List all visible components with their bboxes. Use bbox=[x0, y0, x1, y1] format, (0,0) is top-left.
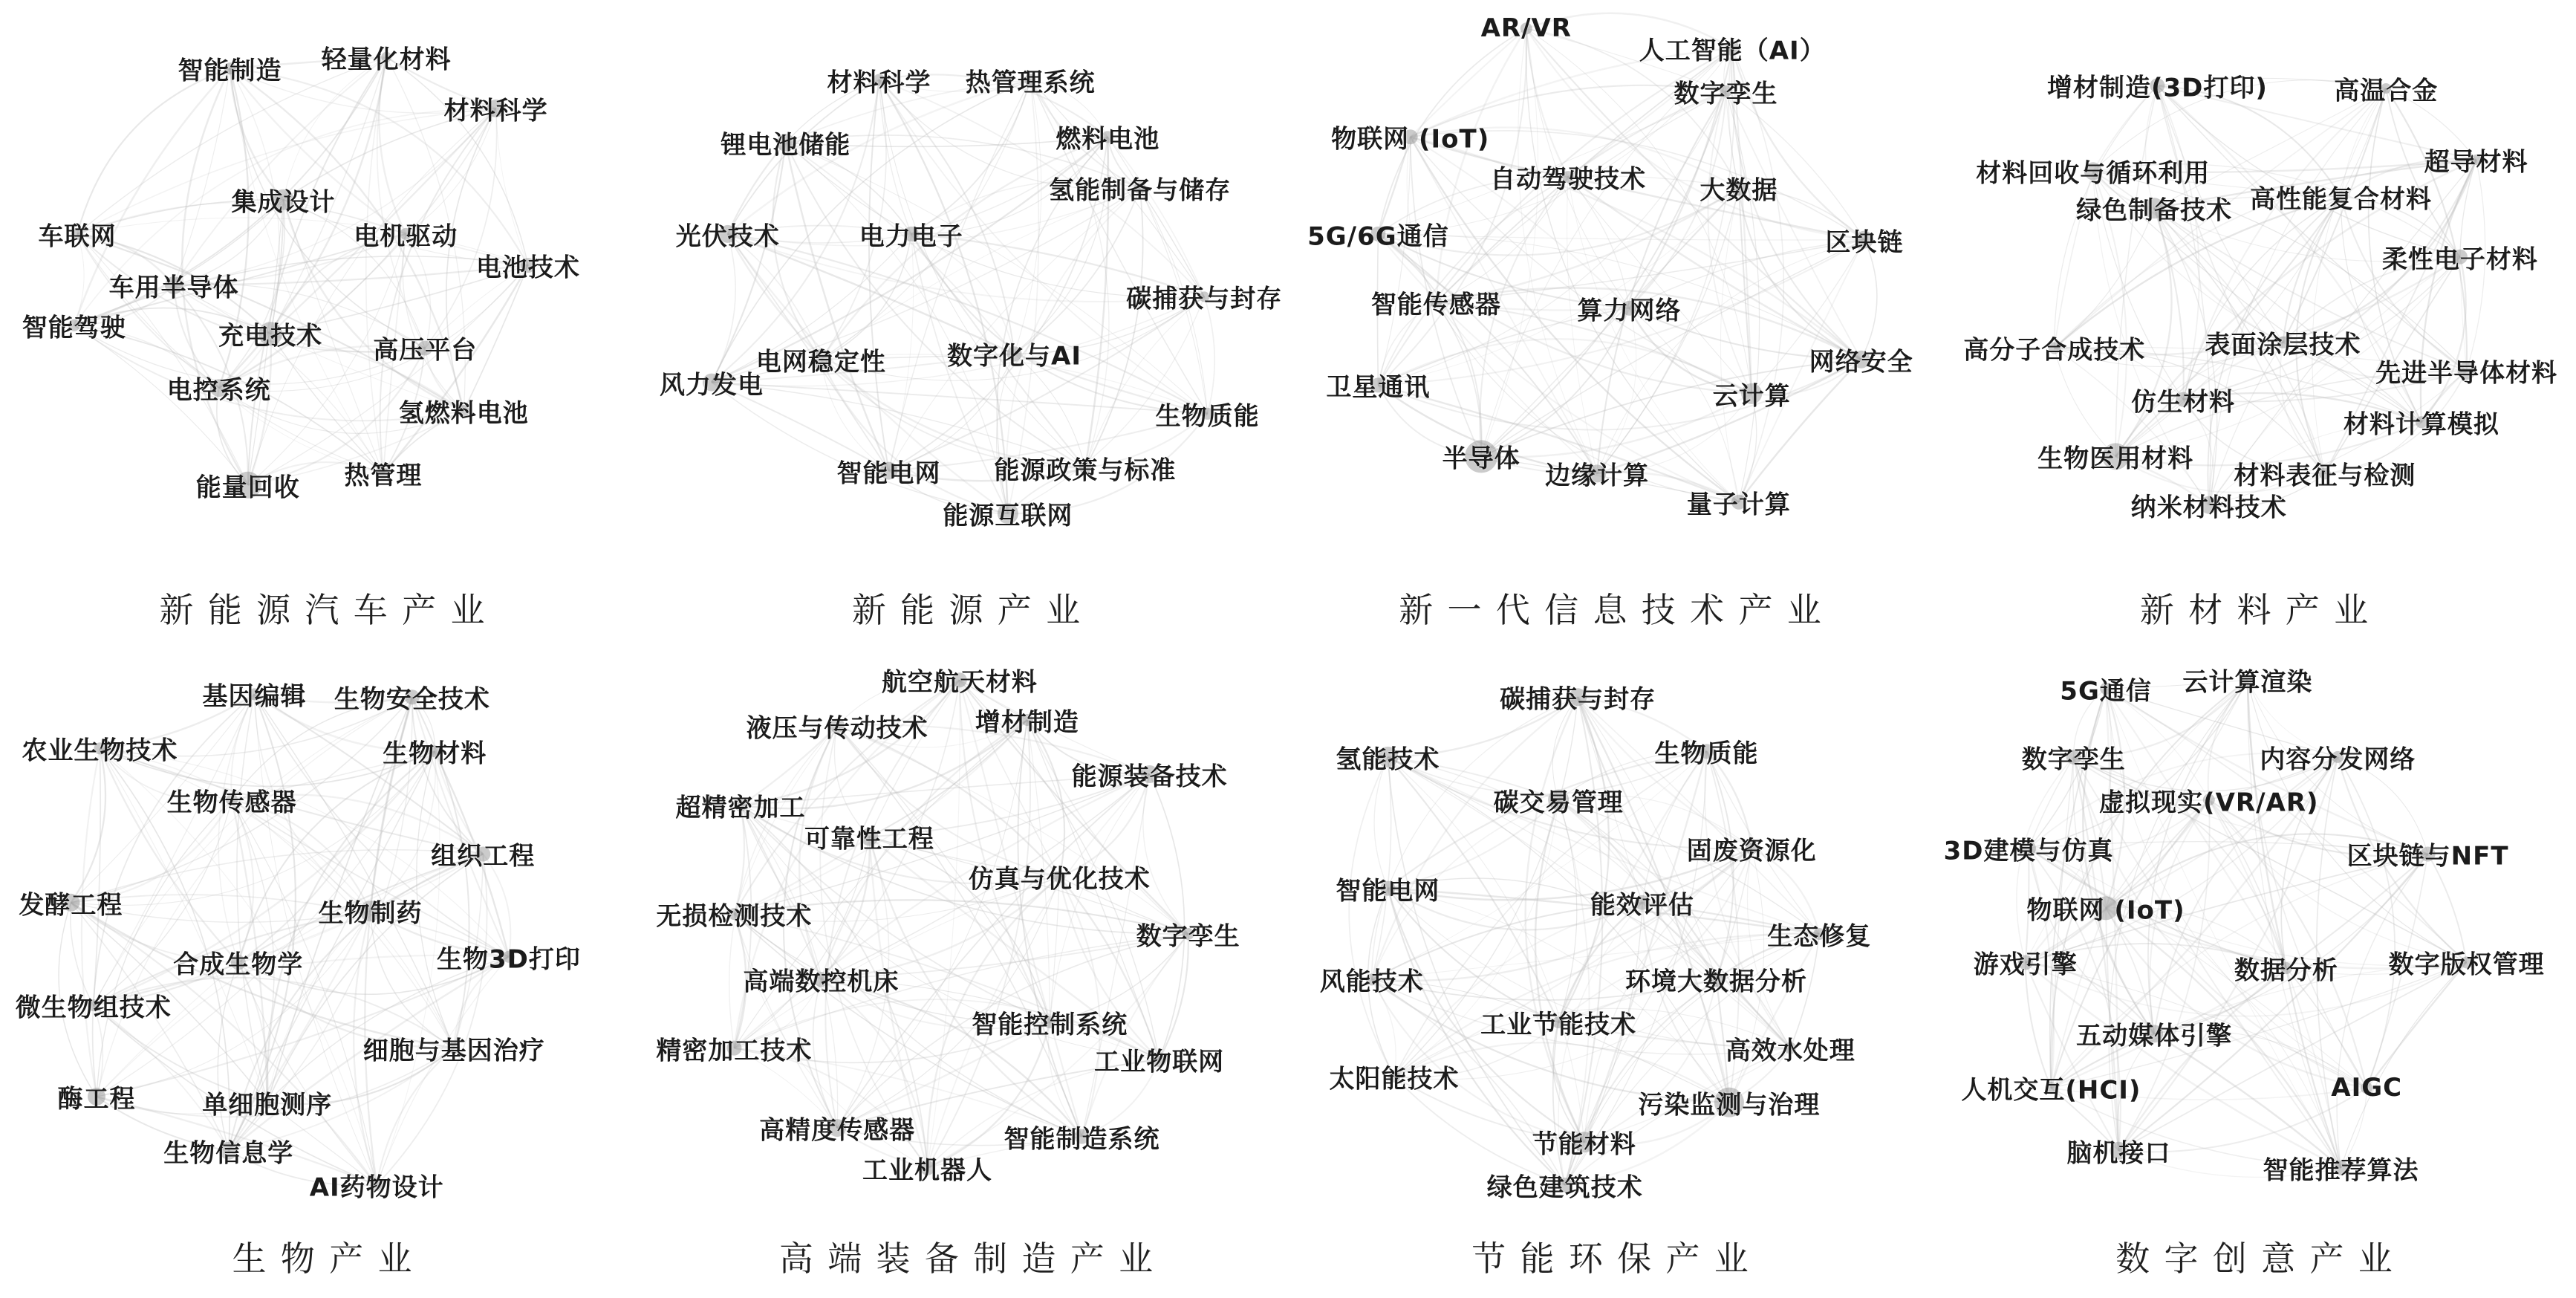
graph-node-label: 生物材料 bbox=[383, 733, 487, 770]
graph-node-label: 智能制造 bbox=[178, 51, 282, 87]
graph-node-label: 航空航天材料 bbox=[882, 662, 1038, 698]
graph-node-label: 仿生材料 bbox=[2131, 381, 2235, 418]
network-edge bbox=[2248, 680, 2467, 962]
graph-node-label: 数字孪生 bbox=[1674, 73, 1778, 109]
graph-node-label: 智能电网 bbox=[836, 452, 940, 489]
graph-node-label: 材料科学 bbox=[827, 62, 931, 98]
network-graph-high-end-equipment: 航空航天材料液压与传动技术增材制造能源装备技术超精密加工可靠性工程仿真与优化技术… bbox=[644, 649, 1288, 1219]
network-edge bbox=[1726, 91, 1864, 240]
graph-node-label: 智能制造系统 bbox=[1004, 1118, 1160, 1155]
graph-node-label: 边缘计算 bbox=[1545, 455, 1649, 492]
graph-node-label: 算力网络 bbox=[1578, 290, 1682, 326]
graph-node-label: 智能推荐算法 bbox=[2263, 1149, 2419, 1186]
graph-node-label: 超精密加工 bbox=[676, 788, 806, 824]
graph-node-label: 能源互联网 bbox=[943, 496, 1073, 532]
graph-node-label: 生态修复 bbox=[1767, 916, 1871, 953]
panel-title: 数字创意产业 bbox=[1932, 1219, 2576, 1294]
panel-title: 新一代信息技术产业 bbox=[1288, 571, 1932, 645]
graph-node-label: 生物传感器 bbox=[167, 782, 297, 818]
network-graph-next-gen-it: AR/VR人工智能（AI）数字孪生物联网 (IoT)自动驾驶技术大数据5G/6G… bbox=[1288, 0, 1932, 571]
graph-node-label: 碳捕获与封存 bbox=[1500, 679, 1656, 715]
graph-node-label: 量子计算 bbox=[1687, 484, 1791, 520]
graph-node-label: 高性能复合材料 bbox=[2250, 178, 2432, 215]
graph-node-label: 物联网 (IoT) bbox=[1331, 119, 1489, 155]
graph-node-label: 数字孪生 bbox=[2022, 739, 2126, 775]
graph-node-label: 智能驾驶 bbox=[22, 307, 126, 343]
panel-title: 生物产业 bbox=[0, 1219, 644, 1294]
graph-node-label: 节能材料 bbox=[1532, 1124, 1636, 1161]
graph-node-label: 材料科学 bbox=[444, 90, 548, 126]
graph-node-label: 区块链 bbox=[1825, 221, 1903, 258]
graph-node-label: 车用半导体 bbox=[109, 267, 239, 304]
panel-title: 新材料产业 bbox=[1932, 571, 2576, 645]
graph-node-label: 污染监测与治理 bbox=[1638, 1084, 1820, 1120]
graph-node-label: 热管理系统 bbox=[966, 62, 1096, 98]
graph-node-label: 组织工程 bbox=[431, 836, 535, 872]
graph-node-label: 风力发电 bbox=[660, 364, 764, 400]
graph-node-label: 电控系统 bbox=[167, 370, 271, 406]
industry-panel-digital-creative: 5G通信云计算渲染数字孪生内容分发网络虚拟现实(VR/AR)3D建模与仿真区块链… bbox=[1932, 649, 2576, 1297]
network-edge bbox=[1378, 177, 1568, 385]
graph-node-label: 高分子合成技术 bbox=[1963, 330, 2145, 366]
panel-title: 新能源汽车产业 bbox=[0, 571, 644, 645]
graph-node-label: 能效评估 bbox=[1590, 884, 1694, 921]
graph-node-label: AIGC bbox=[2331, 1073, 2402, 1103]
industry-panel-next-gen-it: AR/VR人工智能（AI）数字孪生物联网 (IoT)自动驾驶技术大数据5G/6G… bbox=[1288, 0, 1932, 649]
industry-panel-energy-saving: 碳捕获与封存氢能技术生物质能碳交易管理固废资源化智能电网能效评估生态修复风能技术… bbox=[1288, 649, 1932, 1297]
graph-node-label: 发酵工程 bbox=[19, 884, 123, 921]
industry-panel-bio: 基因编辑生物安全技术农业生物技术生物材料生物传感器组织工程发酵工程生物制药合成生… bbox=[0, 649, 644, 1297]
graph-node-label: 卫星通讯 bbox=[1326, 367, 1430, 403]
graph-node-label: 生物信息学 bbox=[163, 1132, 293, 1169]
network-edge bbox=[1526, 697, 1584, 1142]
graph-node-label: 仿真与优化技术 bbox=[969, 859, 1151, 895]
network-graph-nev: 智能制造轻量化材料材料科学集成设计车联网电机驱动电池技术车用半导体智能驾驶充电技… bbox=[0, 0, 644, 571]
graph-node-label: 精密加工技术 bbox=[656, 1030, 812, 1066]
network-edge bbox=[1027, 720, 1188, 934]
network-edge bbox=[270, 334, 383, 473]
graph-node-label: 生物质能 bbox=[1156, 395, 1260, 432]
graph-node-label: 物联网 (IoT) bbox=[2027, 890, 2185, 927]
graph-node-label: 生物安全技术 bbox=[334, 679, 490, 715]
graph-node-label: 集成设计 bbox=[231, 181, 335, 218]
graph-node-label: 五动媒体引擎 bbox=[2076, 1016, 2232, 1052]
network-edge bbox=[2421, 257, 2466, 423]
network-edge bbox=[1526, 28, 1568, 177]
graph-node-label: 电力电子 bbox=[859, 215, 963, 252]
graph-node-label: 大数据 bbox=[1700, 170, 1777, 207]
panel-title: 高端装备制造产业 bbox=[644, 1219, 1288, 1294]
graph-node-label: 热管理 bbox=[344, 455, 422, 492]
network-edge bbox=[1008, 80, 1039, 514]
graph-node-label: 单细胞测序 bbox=[202, 1084, 332, 1120]
graph-node-label: 区块链与NFT bbox=[2347, 836, 2509, 872]
network-graph-bio: 基因编辑生物安全技术农业生物技术生物材料生物传感器组织工程发酵工程生物制药合成生… bbox=[0, 649, 644, 1219]
graph-node-label: 碳交易管理 bbox=[1494, 782, 1624, 818]
graph-node-label: 锂电池储能 bbox=[721, 125, 850, 161]
network-edge bbox=[82, 748, 100, 1097]
graph-node-label: 3D建模与仿真 bbox=[1944, 830, 2114, 866]
network-edge bbox=[1349, 757, 1394, 1077]
industry-panel-new-energy: 材料科学热管理系统锂电池储能燃料电池氢能制备与储存光伏技术电力电子碳捕获与封存电… bbox=[644, 0, 1288, 649]
graph-node-label: 表面涂层技术 bbox=[2205, 324, 2361, 360]
graph-node-label: 光伏技术 bbox=[676, 215, 780, 252]
graph-node-label: 工业节能技术 bbox=[1480, 1005, 1636, 1041]
graph-node-label: 绿色建筑技术 bbox=[1487, 1166, 1643, 1203]
graph-node-label: 增材制造(3D打印) bbox=[2047, 68, 2268, 104]
network-edge bbox=[377, 57, 426, 348]
graph-node-label: 车联网 bbox=[39, 215, 117, 252]
graph-node-label: 可靠性工程 bbox=[804, 819, 934, 855]
graph-node-label: 固废资源化 bbox=[1687, 830, 1817, 866]
graph-node-label: 氢能制备与储存 bbox=[1049, 170, 1231, 207]
graph-node-label: 高压平台 bbox=[373, 330, 477, 366]
graph-node-label: 材料回收与循环利用 bbox=[1976, 153, 2210, 189]
graph-node-label: 脑机接口 bbox=[2066, 1132, 2170, 1169]
network-edge bbox=[1082, 774, 1150, 1137]
network-edge bbox=[248, 265, 528, 485]
graph-node-label: 数字化与AI bbox=[947, 336, 1082, 372]
graph-node-label: 5G/6G通信 bbox=[1307, 215, 1449, 252]
edge-network-svg bbox=[1932, 649, 2576, 1219]
graph-node-label: 增材制造 bbox=[975, 702, 1079, 739]
network-edge bbox=[403, 234, 464, 411]
graph-node-label: 轻量化材料 bbox=[322, 39, 452, 75]
graph-node-label: 燃料电池 bbox=[1056, 119, 1159, 155]
co-occurrence-network-figure: 智能制造轻量化材料材料科学集成设计车联网电机驱动电池技术车用半导体智能驾驶充电技… bbox=[0, 0, 2576, 1297]
graph-node-label: 太阳能技术 bbox=[1330, 1059, 1460, 1095]
network-edge bbox=[1378, 234, 1481, 457]
graph-node-label: 农业生物技术 bbox=[22, 730, 178, 767]
network-edge bbox=[821, 360, 1008, 513]
graph-node-label: AR/VR bbox=[1481, 13, 1572, 43]
network-edge bbox=[2106, 908, 2367, 1088]
graph-node-label: 风能技术 bbox=[1320, 961, 1424, 998]
graph-node-label: 充电技术 bbox=[218, 316, 322, 352]
graph-node-label: 柔性电子材料 bbox=[2382, 238, 2538, 275]
graph-node-label: 人工智能（AI） bbox=[1639, 30, 1826, 67]
network-edge bbox=[1481, 360, 1861, 457]
graph-node-label: 绿色制备技术 bbox=[2076, 190, 2232, 227]
network-edge bbox=[2209, 800, 2467, 963]
network-edge bbox=[377, 957, 509, 1185]
network-edge bbox=[928, 774, 1150, 1168]
panel-title: 节能环保产业 bbox=[1288, 1219, 1932, 1294]
graph-node-label: 碳捕获与封存 bbox=[1126, 279, 1282, 315]
graph-node-label: 能量回收 bbox=[196, 467, 300, 503]
graph-node-label: 人机交互(HCI) bbox=[1961, 1070, 2141, 1106]
graph-node-label: 氢能技术 bbox=[1336, 739, 1440, 775]
graph-node-label: 高效水处理 bbox=[1726, 1030, 1855, 1066]
network-edge bbox=[1015, 80, 1041, 354]
network-graph-digital-creative: 5G通信云计算渲染数字孪生内容分发网络虚拟现实(VR/AR)3D建模与仿真区块链… bbox=[1932, 649, 2576, 1219]
network-edge bbox=[1108, 137, 1204, 296]
graph-node-label: 酶工程 bbox=[58, 1078, 136, 1114]
graph-node-label: 生物质能 bbox=[1655, 733, 1759, 770]
network-edge bbox=[2386, 88, 2467, 371]
network-graph-new-energy: 材料科学热管理系统锂电池储能燃料电池氢能制备与储存光伏技术电力电子碳捕获与封存电… bbox=[644, 0, 1288, 571]
network-edge bbox=[1378, 234, 1864, 240]
graph-node-label: 能源政策与标准 bbox=[994, 450, 1176, 486]
graph-node-label: 智能电网 bbox=[1336, 870, 1440, 906]
industry-panel-high-end-equipment: 航空航天材料液压与传动技术增材制造能源装备技术超精密加工可靠性工程仿真与优化技术… bbox=[644, 649, 1288, 1297]
graph-node-label: AI药物设计 bbox=[310, 1166, 444, 1203]
network-edge bbox=[2248, 680, 2286, 968]
graph-node-label: 数字版权管理 bbox=[2389, 944, 2545, 981]
graph-node-label: 高精度传感器 bbox=[759, 1110, 915, 1146]
graph-node-label: 云计算 bbox=[1713, 375, 1791, 412]
graph-node-label: 电机驱动 bbox=[354, 215, 458, 252]
network-edge bbox=[879, 80, 1085, 468]
graph-node-label: 半导体 bbox=[1443, 438, 1520, 475]
graph-node-label: 工业机器人 bbox=[862, 1149, 992, 1186]
graph-node-label: 电池技术 bbox=[476, 247, 580, 284]
network-edge bbox=[712, 234, 735, 383]
graph-node-label: 氢燃料电池 bbox=[399, 392, 529, 429]
network-edge bbox=[412, 697, 483, 854]
graph-node-label: 高温合金 bbox=[2334, 71, 2438, 107]
industry-panel-nev: 智能制造轻量化材料材料科学集成设计车联网电机驱动电池技术车用半导体智能驾驶充电技… bbox=[0, 0, 644, 649]
graph-node-label: 环境大数据分析 bbox=[1625, 961, 1807, 998]
graph-node-label: 微生物组技术 bbox=[16, 987, 172, 1024]
graph-node-label: 细胞与基因治疗 bbox=[363, 1030, 545, 1066]
network-edge bbox=[2341, 962, 2467, 1168]
graph-node-label: 数字孪生 bbox=[1136, 916, 1240, 953]
industry-panel-new-materials: 增材制造(3D打印)高温合金材料回收与循环利用超导材料绿色制备技术高性能复合材料… bbox=[1932, 0, 2576, 649]
graph-node-label: 材料计算模拟 bbox=[2344, 404, 2499, 441]
graph-node-label: 自动驾驶技术 bbox=[1490, 159, 1646, 195]
graph-node-label: 智能传感器 bbox=[1371, 285, 1501, 321]
graph-node-label: 超导材料 bbox=[2424, 142, 2528, 178]
graph-node-label: 游戏引擎 bbox=[1974, 944, 2078, 981]
graph-node-label: 生物制药 bbox=[319, 893, 423, 929]
network-edge bbox=[1481, 394, 1752, 457]
graph-node-label: 内容分发网络 bbox=[2260, 739, 2416, 775]
network-edge bbox=[1378, 137, 1410, 385]
network-edge bbox=[2055, 208, 2154, 348]
graph-node-label: 数据分析 bbox=[2234, 950, 2338, 987]
graph-node-label: 高端数控机床 bbox=[743, 961, 899, 998]
graph-node-label: 虚拟现实(VR/AR) bbox=[2099, 782, 2318, 818]
graph-node-label: 先进半导体材料 bbox=[2375, 353, 2557, 389]
graph-node-label: 能源装备技术 bbox=[1072, 756, 1228, 792]
graph-node-label: 液压与传动技术 bbox=[747, 707, 928, 744]
panel-title: 新能源产业 bbox=[644, 571, 1288, 645]
graph-node-label: 电网稳定性 bbox=[756, 341, 886, 377]
network-graph-new-materials: 增材制造(3D打印)高温合金材料回收与循环利用超导材料绿色制备技术高性能复合材料… bbox=[1932, 0, 2576, 571]
network-edge bbox=[496, 108, 528, 265]
graph-node-label: 生物医用材料 bbox=[2037, 438, 2193, 475]
network-edge bbox=[1374, 757, 1388, 889]
graph-node-label: 工业物联网 bbox=[1094, 1041, 1224, 1077]
network-edge bbox=[786, 143, 1085, 468]
graph-node-label: 基因编辑 bbox=[202, 676, 306, 713]
graph-node-label: 生物3D打印 bbox=[437, 938, 581, 975]
graph-node-label: 纳米材料技术 bbox=[2131, 487, 2287, 523]
network-edge bbox=[2055, 348, 2209, 505]
network-edge bbox=[786, 143, 889, 471]
network-graph-energy-saving: 碳捕获与封存氢能技术生物质能碳交易管理固废资源化智能电网能效评估生态修复风能技术… bbox=[1288, 649, 1932, 1219]
edge-network-svg bbox=[0, 0, 644, 571]
network-edge bbox=[1143, 774, 1188, 934]
graph-node-label: 合成生物学 bbox=[173, 944, 303, 981]
graph-node-label: 网络安全 bbox=[1809, 341, 1913, 377]
network-edge bbox=[377, 1048, 454, 1185]
graph-node-label: 5G通信 bbox=[2060, 670, 2152, 707]
graph-node-label: 云计算渲染 bbox=[2182, 662, 2312, 698]
graph-node-label: 智能控制系统 bbox=[972, 1005, 1128, 1041]
graph-node-label: 无损检测技术 bbox=[656, 896, 812, 932]
